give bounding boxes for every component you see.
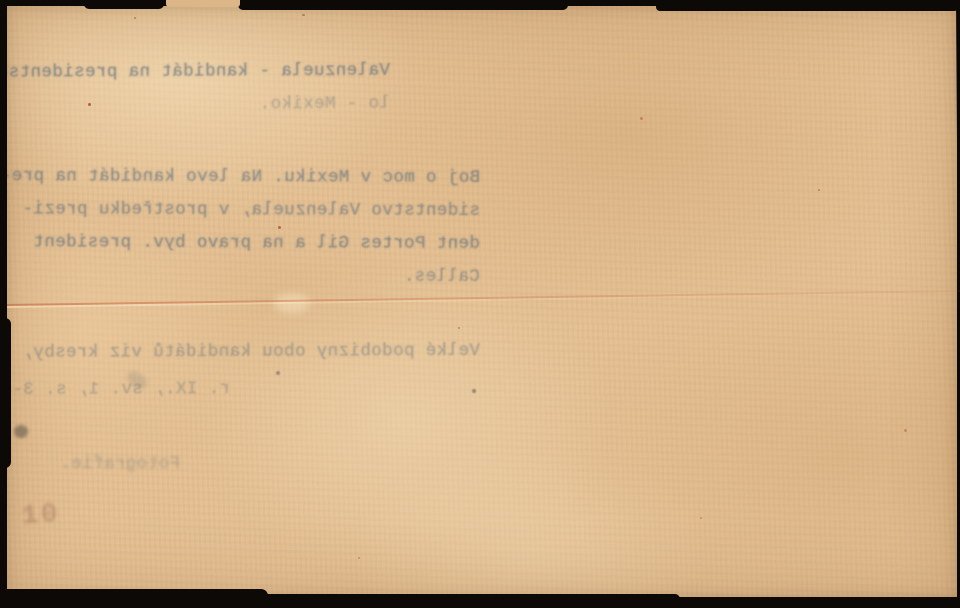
scan-edge-bottom-segment bbox=[250, 594, 680, 608]
typewritten-line: sidentstvo Valenzuela, v prostředku prez… bbox=[0, 193, 480, 228]
scan-edge-right bbox=[956, 0, 960, 140]
mirrored-text-layer: Valenzuela - kandidát na presidentské kř… bbox=[0, 0, 960, 608]
scanned-card: Valenzuela - kandidát na presidentské kř… bbox=[0, 0, 960, 608]
scan-edge-top-gap bbox=[166, 0, 240, 7]
typewritten-line: r. IX., sv. 1, s. 3-4. bbox=[0, 371, 230, 409]
scan-edge-top-segment bbox=[84, 0, 164, 9]
typewritten-line: Velké podobizny obou kandidátů viz kresb… bbox=[0, 333, 480, 372]
scan-edge-top-segment bbox=[238, 0, 568, 10]
typewritten-line: lo - Mexiko. bbox=[0, 88, 390, 124]
category-label: Fotografie. bbox=[0, 448, 180, 481]
paragraph-caption: Boj o moc v Mexiku. Na levo kandidát na … bbox=[0, 160, 480, 294]
scan-edge-left-bump bbox=[0, 318, 11, 468]
typewritten-line: Boj o moc v Mexiku. Na levo kandidát na … bbox=[0, 160, 480, 195]
paragraph-title: Valenzuela - kandidát na presidentské kř… bbox=[0, 55, 390, 124]
typewritten-line: Calles. bbox=[0, 259, 480, 294]
scan-edge-top-segment bbox=[656, 0, 960, 11]
typewritten-line: dent Portes Gil a na pravo byv. presiden… bbox=[0, 226, 480, 261]
category-label-block: Fotografie. bbox=[0, 448, 480, 481]
paragraph-reference: Velké podobizny obou kandidátů viz kresb… bbox=[0, 333, 480, 409]
scan-edge-bottom-segment bbox=[0, 589, 268, 608]
typewritten-line: Valenzuela - kandidát na presidentské kř… bbox=[0, 55, 390, 91]
scan-edge-left bbox=[0, 0, 7, 608]
archive-number: 10 bbox=[21, 500, 61, 533]
